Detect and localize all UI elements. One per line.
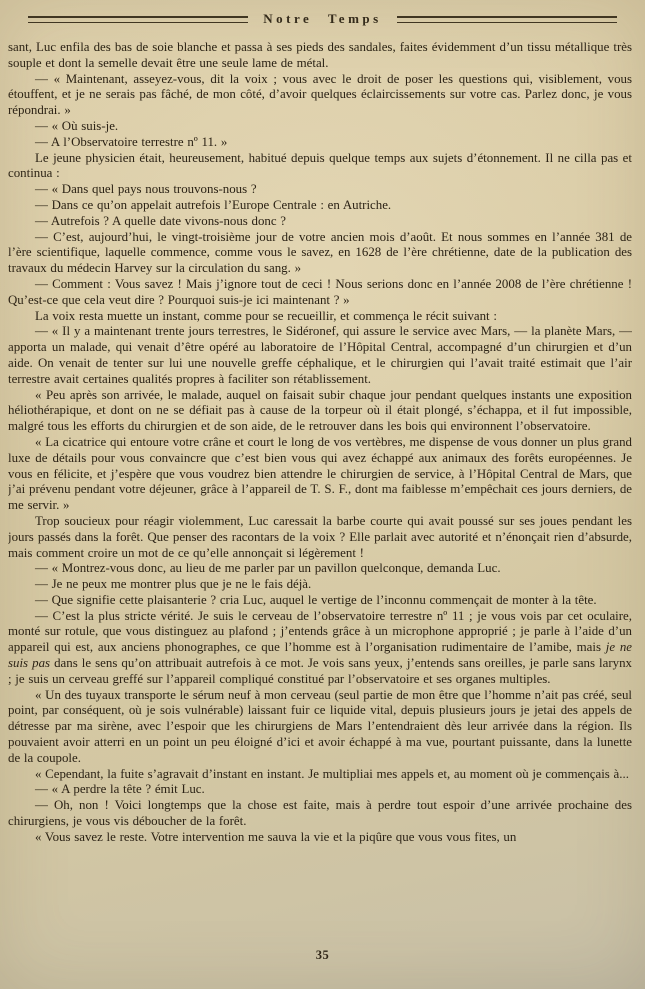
paragraph: — « Maintenant, asseyez-vous, dit la voi… <box>8 72 632 119</box>
paragraph-dialogue: — A l’Observatoire terrestre nº 11. » <box>8 135 632 151</box>
paragraph-dialogue: — « Où suis-je. <box>8 119 632 135</box>
journal-title: Notre Temps <box>263 11 381 27</box>
paragraph-dialogue: — Que signifie cette plaisanterie ? cria… <box>8 593 632 609</box>
header-rule-left <box>28 16 248 23</box>
paragraph-dialogue: « Peu après son arrivée, le malade, auqu… <box>8 388 632 435</box>
running-head: Notre Temps <box>0 0 645 27</box>
paragraph-text: — C’est la plus stricte vérité. Je suis … <box>8 609 632 655</box>
paragraph-dialogue: — Comment : Vous savez ! Mais j’ignore t… <box>8 277 632 309</box>
paragraph-dialogue: — C’est la plus stricte vérité. Je suis … <box>8 609 632 688</box>
paragraph-dialogue: — Oh, non ! Voici longtemps que la chose… <box>8 798 632 830</box>
paragraph: Trop soucieux pour réagir violemment, Lu… <box>8 514 632 561</box>
paragraph-dialogue: « La cicatrice qui entoure votre crâne e… <box>8 435 632 514</box>
paragraph-text: dans le sens qu’on attribuait autrefois … <box>8 656 632 686</box>
paragraph-dialogue: — « Il y a maintenant trente jours terre… <box>8 324 632 387</box>
paragraph-dialogue: « Un des tuyaux transporte le sérum neuf… <box>8 688 632 767</box>
paragraph-dialogue: — « Dans quel pays nous trouvons-nous ? <box>8 182 632 198</box>
paragraph-dialogue: — « Montrez-vous donc, au lieu de me par… <box>8 561 632 577</box>
paragraph-dialogue: — Dans ce qu’on appelait autrefois l’Eur… <box>8 198 632 214</box>
paragraph: Le jeune physicien était, heureusement, … <box>8 151 632 183</box>
paragraph-dialogue: « Cependant, la fuite s’agravait d’insta… <box>8 767 632 783</box>
paragraph-dialogue: — Autrefois ? A quelle date vivons-nous … <box>8 214 632 230</box>
paragraph: La voix resta muette un instant, comme p… <box>8 309 632 325</box>
page-number: 35 <box>316 948 330 962</box>
paragraph-dialogue: — « A perdre la tête ? émit Luc. <box>8 782 632 798</box>
text-column: sant, Luc enfila des bas de soie blanche… <box>8 40 632 938</box>
page-footer: 35 <box>0 946 645 964</box>
paragraph-dialogue: — C’est, aujourd’hui, le vingt-troisième… <box>8 230 632 277</box>
paragraph-continuation: sant, Luc enfila des bas de soie blanche… <box>8 40 632 72</box>
paragraph-dialogue: « Vous savez le reste. Votre interventio… <box>8 830 632 846</box>
paragraph-dialogue: — Je ne peux me montrer plus que je ne l… <box>8 577 632 593</box>
header-rule-right <box>397 16 617 23</box>
book-page: Notre Temps sant, Luc enfila des bas de … <box>0 0 645 989</box>
